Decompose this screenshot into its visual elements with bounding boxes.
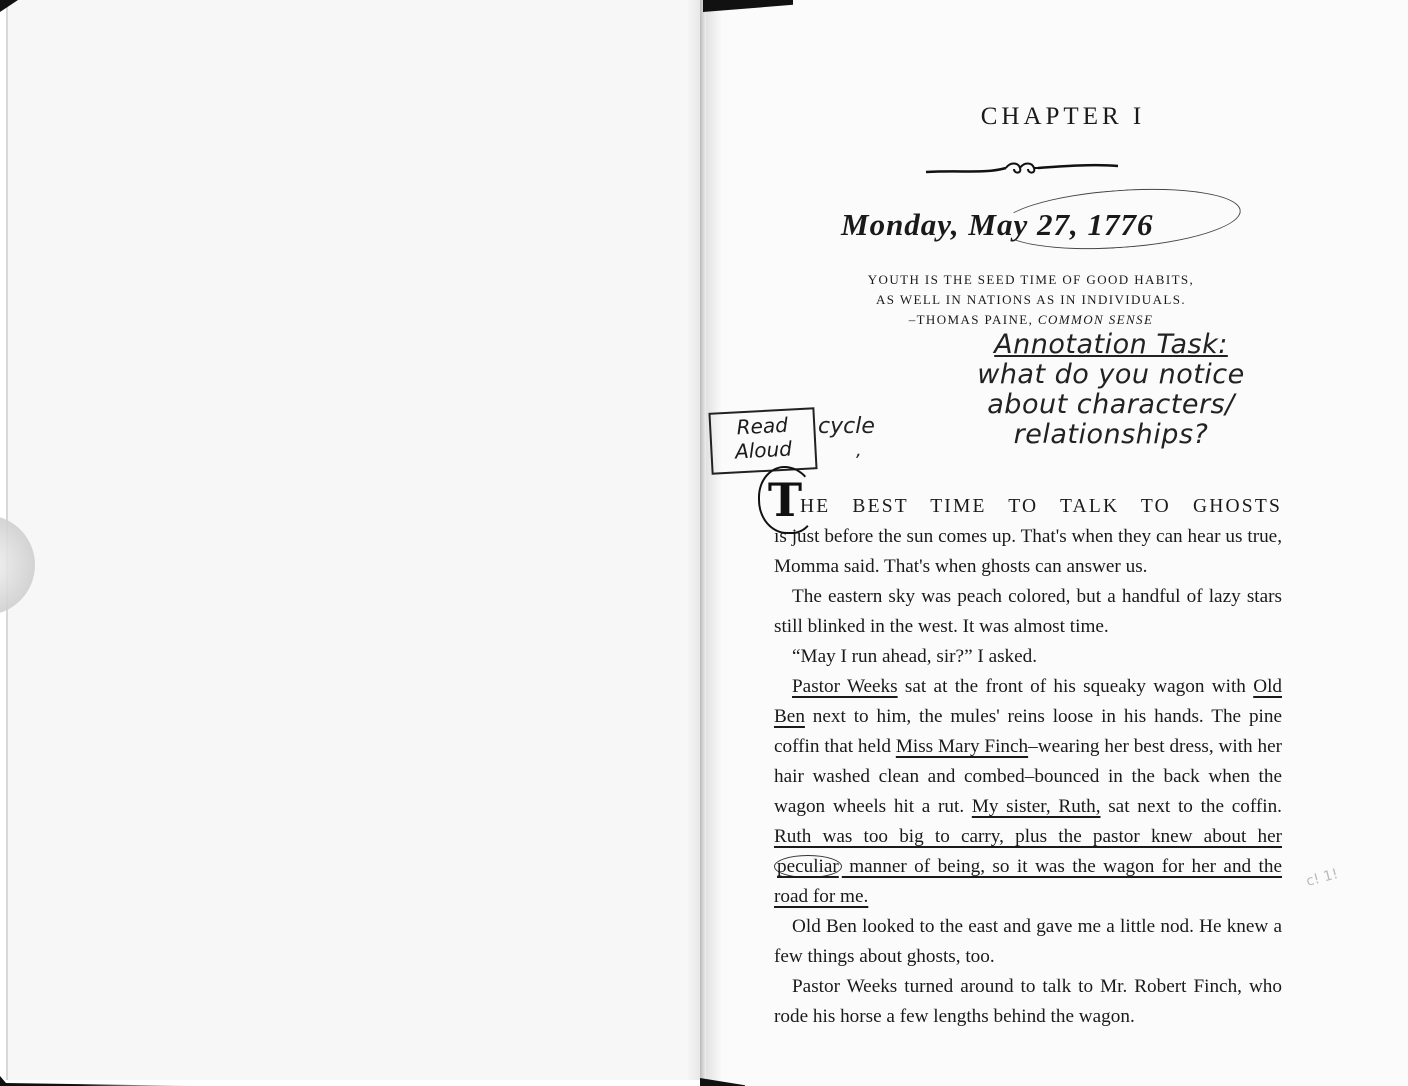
paragraph-4: Pastor Weeks sat at the front of his squ… xyxy=(774,672,1282,912)
chapter-body-text: T he best time to talk to ghosts is just… xyxy=(774,492,1282,1032)
faint-margin-scribble: c! 1! xyxy=(1304,866,1339,890)
right-page: CHAPTER I Monday, May 27, 1776 Youth is … xyxy=(706,0,1408,1086)
handwritten-cycle-note: cycle xyxy=(818,414,875,439)
epigraph-line-1: Youth is the seed time of good habits, xyxy=(806,270,1256,290)
underlined-pastor-weeks: Pastor Weeks xyxy=(792,676,898,697)
handwritten-read-aloud-box: Read Aloud xyxy=(708,407,817,474)
text-span: sat at the front of his squeaky wagon wi… xyxy=(898,676,1254,697)
underlined-ruth-too-big: Ruth was too big to carry, plus the past… xyxy=(774,826,1282,847)
handdrawn-circle-annotation xyxy=(997,182,1242,257)
paragraph-5: Old Ben looked to the east and gave me a… xyxy=(774,912,1282,972)
paragraph-2: The eastern sky was peach colored, but a… xyxy=(774,582,1282,642)
annotation-task-line-3: relationships? xyxy=(946,420,1276,450)
annotation-task-line-2: about characters/ xyxy=(946,390,1276,420)
left-page-blank xyxy=(6,0,708,1080)
ornament-divider-icon xyxy=(924,158,1120,180)
underlined-miss-mary-finch: Miss Mary Finch xyxy=(896,736,1028,757)
first-line-smallcaps: he best time to talk to ghosts xyxy=(774,492,1282,522)
underlined-my-sister-ruth: My sister, Ruth, xyxy=(972,796,1101,817)
annotation-task-line-1: what do you notice xyxy=(946,360,1276,390)
epigraph-line-2: as well in nations as in individuals. xyxy=(806,290,1256,310)
circled-peculiar: peculiar xyxy=(774,855,842,878)
epigraph: Youth is the seed time of good habits, a… xyxy=(806,270,1256,330)
gutter-shadow xyxy=(706,0,722,1086)
epigraph-author: –Thomas Paine, xyxy=(909,312,1038,327)
annotation-task-title: Annotation Task: xyxy=(946,330,1276,360)
text-span: sat next to the coffin. xyxy=(1101,796,1282,817)
epigraph-work: Common Sense xyxy=(1038,312,1153,327)
paragraph-1: he best time to talk to ghosts is just b… xyxy=(774,492,1282,582)
paragraph-3: “May I run ahead, sir?” I asked. xyxy=(774,642,1282,672)
drop-cap-letter: T xyxy=(762,470,808,530)
paragraph-6: Pastor Weeks turned around to talk to Mr… xyxy=(774,972,1282,1032)
handwritten-annotation-task: Annotation Task: what do you notice abou… xyxy=(946,330,1276,450)
epigraph-attribution: –Thomas Paine, Common Sense xyxy=(806,310,1256,330)
chapter-heading: CHAPTER I xyxy=(928,103,1198,131)
handwritten-mark: , xyxy=(856,440,862,461)
read-aloud-line-2: Aloud xyxy=(712,435,815,464)
book-spread: CHAPTER I Monday, May 27, 1776 Youth is … xyxy=(0,0,1408,1086)
underlined-manner-of-being: manner of being, so it was the wagon for… xyxy=(774,856,1282,907)
paragraph-1-rest: is just before the sun comes up. That's … xyxy=(774,526,1282,577)
